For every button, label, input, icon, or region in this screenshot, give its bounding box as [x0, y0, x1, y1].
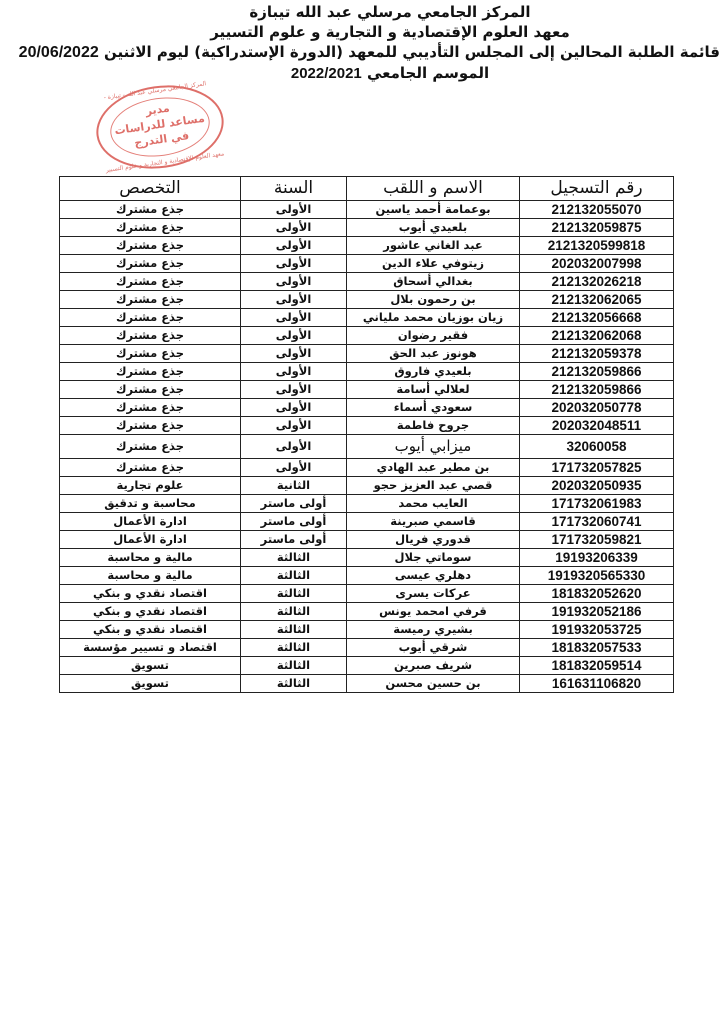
student-name: لعلالي أسامة [347, 381, 520, 399]
academic-season-label: الموسم الجامعي [367, 64, 489, 82]
student-name: ميزابي أيوب [347, 435, 520, 459]
academic-season: الموسم الجامعي 2022/2021 [60, 63, 720, 84]
registration-number: 191932052186 [520, 603, 674, 621]
registration-number: 171732060741 [520, 513, 674, 531]
study-year: الأولى [241, 201, 347, 219]
student-name: العايب محمد [347, 495, 520, 513]
study-year: أولى ماستر [241, 513, 347, 531]
student-name: سوماتي جلال [347, 549, 520, 567]
specialization: تسويق [60, 675, 241, 693]
registration-number: 202032007998 [520, 255, 674, 273]
study-year: الثالثة [241, 675, 347, 693]
registration-number: 181832052620 [520, 585, 674, 603]
specialization: جذع مشترك [60, 459, 241, 477]
academic-season-year: 2022/2021 [291, 65, 362, 82]
study-year: الأولى [241, 435, 347, 459]
specialization: ادارة الأعمال [60, 513, 241, 531]
study-year: الثالثة [241, 621, 347, 639]
table-row: 2121320599818 عبد الغاني عاشور الأولى جذ… [60, 237, 674, 255]
student-name: زيان بوزيان محمد ملياني [347, 309, 520, 327]
specialization: اقتصاد نقدي و بنكي [60, 621, 241, 639]
student-name: قصي عبد العزيز حجو [347, 477, 520, 495]
registration-number: 171732059821 [520, 531, 674, 549]
registration-number: 212132062068 [520, 327, 674, 345]
student-name: قاسمي صبرينة [347, 513, 520, 531]
specialization: جذع مشترك [60, 345, 241, 363]
student-name: بوعمامة أحمد ياسين [347, 201, 520, 219]
specialization: ادارة الأعمال [60, 531, 241, 549]
specialization: جذع مشترك [60, 435, 241, 459]
specialization: اقتصاد نقدي و بنكي [60, 585, 241, 603]
registration-number: 19193206339 [520, 549, 674, 567]
student-name: سعودي أسماء [347, 399, 520, 417]
study-year: الأولى [241, 237, 347, 255]
table-row: 202032007998 زيتوفي علاء الدين الأولى جذ… [60, 255, 674, 273]
table-row: 171732059821 قدوري فريال أولى ماستر ادار… [60, 531, 674, 549]
study-year: الأولى [241, 363, 347, 381]
study-year: الثالثة [241, 657, 347, 675]
student-name: بشيري رميسة [347, 621, 520, 639]
registration-number: 212132062065 [520, 291, 674, 309]
table-row: 19193206339 سوماتي جلال الثالثة مالية و … [60, 549, 674, 567]
registration-number: 181832059514 [520, 657, 674, 675]
registration-number: 212132055070 [520, 201, 674, 219]
list-title: قائمة الطلبة المحالين إلى المجلس التأديب… [60, 42, 720, 63]
list-title-text: قائمة الطلبة المحالين إلى المجلس التأديب… [104, 43, 720, 61]
table-header-row: رقم التسجيل الاسم و اللقب السنة التخصص [60, 177, 674, 201]
table-row: 212132055070 بوعمامة أحمد ياسين الأولى ج… [60, 201, 674, 219]
table-row: 212132026218 بغدالي أسحاق الأولى جذع مشت… [60, 273, 674, 291]
registration-number: 191932053725 [520, 621, 674, 639]
registration-number: 202032048511 [520, 417, 674, 435]
student-name: شريف صبرين [347, 657, 520, 675]
study-year: الأولى [241, 255, 347, 273]
study-year: الثالثة [241, 567, 347, 585]
table-row: 212132062065 بن رحمون بلال الأولى جذع مش… [60, 291, 674, 309]
specialization: مالية و محاسبة [60, 549, 241, 567]
study-year: الثالثة [241, 603, 347, 621]
table-row: 191932052186 قرفي امحمد يونس الثالثة اقت… [60, 603, 674, 621]
specialization: مالية و محاسبة [60, 567, 241, 585]
specialization: تسويق [60, 657, 241, 675]
table-row: 161631106820 بن حسين محسن الثالثة تسويق [60, 675, 674, 693]
study-year: الأولى [241, 381, 347, 399]
institute-name: معهد العلوم الإقتصادية و التجارية و علوم… [60, 22, 720, 42]
study-year: الأولى [241, 327, 347, 345]
student-name: دهلري عيسى [347, 567, 520, 585]
student-name: بلعيدي فاروق [347, 363, 520, 381]
registration-number: 212132059875 [520, 219, 674, 237]
table-row: 191932053725 بشيري رميسة الثالثة اقتصاد … [60, 621, 674, 639]
study-year: الأولى [241, 219, 347, 237]
study-year: الثالثة [241, 639, 347, 657]
registration-number: 32060058 [520, 435, 674, 459]
study-year: الثالثة [241, 585, 347, 603]
specialization: محاسبة و تدقيق [60, 495, 241, 513]
table-row: 181832057533 شرقي أيوب الثالثة اقتصاد و … [60, 639, 674, 657]
table-row: 181832059514 شريف صبرين الثالثة تسويق [60, 657, 674, 675]
student-name: قرفي امحمد يونس [347, 603, 520, 621]
student-name: فقير رضوان [347, 327, 520, 345]
student-name: بن مطير عبد الهادي [347, 459, 520, 477]
specialization: جذع مشترك [60, 201, 241, 219]
study-year: الأولى [241, 459, 347, 477]
specialization: جذع مشترك [60, 327, 241, 345]
registration-number: 171732061983 [520, 495, 674, 513]
registration-number: 212132056668 [520, 309, 674, 327]
study-year: أولى ماستر [241, 531, 347, 549]
student-name: قدوري فريال [347, 531, 520, 549]
registration-number: 161631106820 [520, 675, 674, 693]
specialization: اقتصاد و تسيير مؤسسة [60, 639, 241, 657]
specialization: جذع مشترك [60, 309, 241, 327]
specialization: جذع مشترك [60, 255, 241, 273]
student-name: عبد الغاني عاشور [347, 237, 520, 255]
table-row: 212132056668 زيان بوزيان محمد ملياني الأ… [60, 309, 674, 327]
student-name: عركات يسرى [347, 585, 520, 603]
table-row: 212132059875 بلعيدي أيوب الأولى جذع مشتر… [60, 219, 674, 237]
registration-number: 212132026218 [520, 273, 674, 291]
study-year: الأولى [241, 417, 347, 435]
registration-number: 1919320565330 [520, 567, 674, 585]
column-header-name: الاسم و اللقب [347, 177, 520, 201]
student-name: زيتوفي علاء الدين [347, 255, 520, 273]
specialization: جذع مشترك [60, 381, 241, 399]
stamp-center-text: مدير مساعد للدراسات في التدرج [95, 94, 224, 156]
student-name: بغدالي أسحاق [347, 273, 520, 291]
table-row: 202032050935 قصي عبد العزيز حجو الثانية … [60, 477, 674, 495]
study-year: أولى ماستر [241, 495, 347, 513]
student-name: بن حسين محسن [347, 675, 520, 693]
table-row: 212132059378 هونوز عبد الحق الأولى جذع م… [60, 345, 674, 363]
table-row: 181832052620 عركات يسرى الثالثة اقتصاد ن… [60, 585, 674, 603]
registration-number: 212132059378 [520, 345, 674, 363]
student-name: بلعيدي أيوب [347, 219, 520, 237]
study-year: الأولى [241, 273, 347, 291]
institution-name: المركز الجامعي مرسلي عبد الله تيبازة [60, 2, 720, 22]
table-row: 171732060741 قاسمي صبرينة أولى ماستر ادا… [60, 513, 674, 531]
table-row: 32060058 ميزابي أيوب الأولى جذع مشترك [60, 435, 674, 459]
column-header-year: السنة [241, 177, 347, 201]
table-row: 202032050778 سعودي أسماء الأولى جذع مشتر… [60, 399, 674, 417]
student-name: شرقي أيوب [347, 639, 520, 657]
registration-number: 202032050935 [520, 477, 674, 495]
registration-number: 2121320599818 [520, 237, 674, 255]
students-table-container: رقم التسجيل الاسم و اللقب السنة التخصص 2… [59, 176, 673, 693]
table-row: 1919320565330 دهلري عيسى الثالثة مالية و… [60, 567, 674, 585]
registration-number: 212132059866 [520, 363, 674, 381]
specialization: جذع مشترك [60, 291, 241, 309]
official-stamp: المركز الجامعي مرسلي عبد الله - تيبازة -… [91, 77, 229, 176]
registration-number: 212132059866 [520, 381, 674, 399]
study-year: الأولى [241, 309, 347, 327]
table-row: 212132059866 بلعيدي فاروق الأولى جذع مشت… [60, 363, 674, 381]
registration-number: 171732057825 [520, 459, 674, 477]
specialization: جذع مشترك [60, 417, 241, 435]
column-header-specialization: التخصص [60, 177, 241, 201]
specialization: جذع مشترك [60, 363, 241, 381]
study-year: الأولى [241, 399, 347, 417]
specialization: اقتصاد نقدي و بنكي [60, 603, 241, 621]
table-row: 171732061983 العايب محمد أولى ماستر محاس… [60, 495, 674, 513]
table-row: 202032048511 جروح فاطمة الأولى جذع مشترك [60, 417, 674, 435]
students-table: رقم التسجيل الاسم و اللقب السنة التخصص 2… [59, 176, 674, 693]
study-year: الثالثة [241, 549, 347, 567]
student-name: هونوز عبد الحق [347, 345, 520, 363]
study-year: الثانية [241, 477, 347, 495]
specialization: جذع مشترك [60, 237, 241, 255]
specialization: جذع مشترك [60, 219, 241, 237]
table-row: 171732057825 بن مطير عبد الهادي الأولى ج… [60, 459, 674, 477]
table-row: 212132059866 لعلالي أسامة الأولى جذع مشت… [60, 381, 674, 399]
specialization: علوم تجارية [60, 477, 241, 495]
registration-number: 202032050778 [520, 399, 674, 417]
student-name: جروح فاطمة [347, 417, 520, 435]
table-row: 212132062068 فقير رضوان الأولى جذع مشترك [60, 327, 674, 345]
study-year: الأولى [241, 345, 347, 363]
column-header-registration: رقم التسجيل [520, 177, 674, 201]
specialization: جذع مشترك [60, 399, 241, 417]
study-year: الأولى [241, 291, 347, 309]
registration-number: 181832057533 [520, 639, 674, 657]
student-name: بن رحمون بلال [347, 291, 520, 309]
specialization: جذع مشترك [60, 273, 241, 291]
document-header: المركز الجامعي مرسلي عبد الله تيبازة معه… [60, 2, 720, 84]
session-date: 20/06/2022 [19, 44, 99, 61]
